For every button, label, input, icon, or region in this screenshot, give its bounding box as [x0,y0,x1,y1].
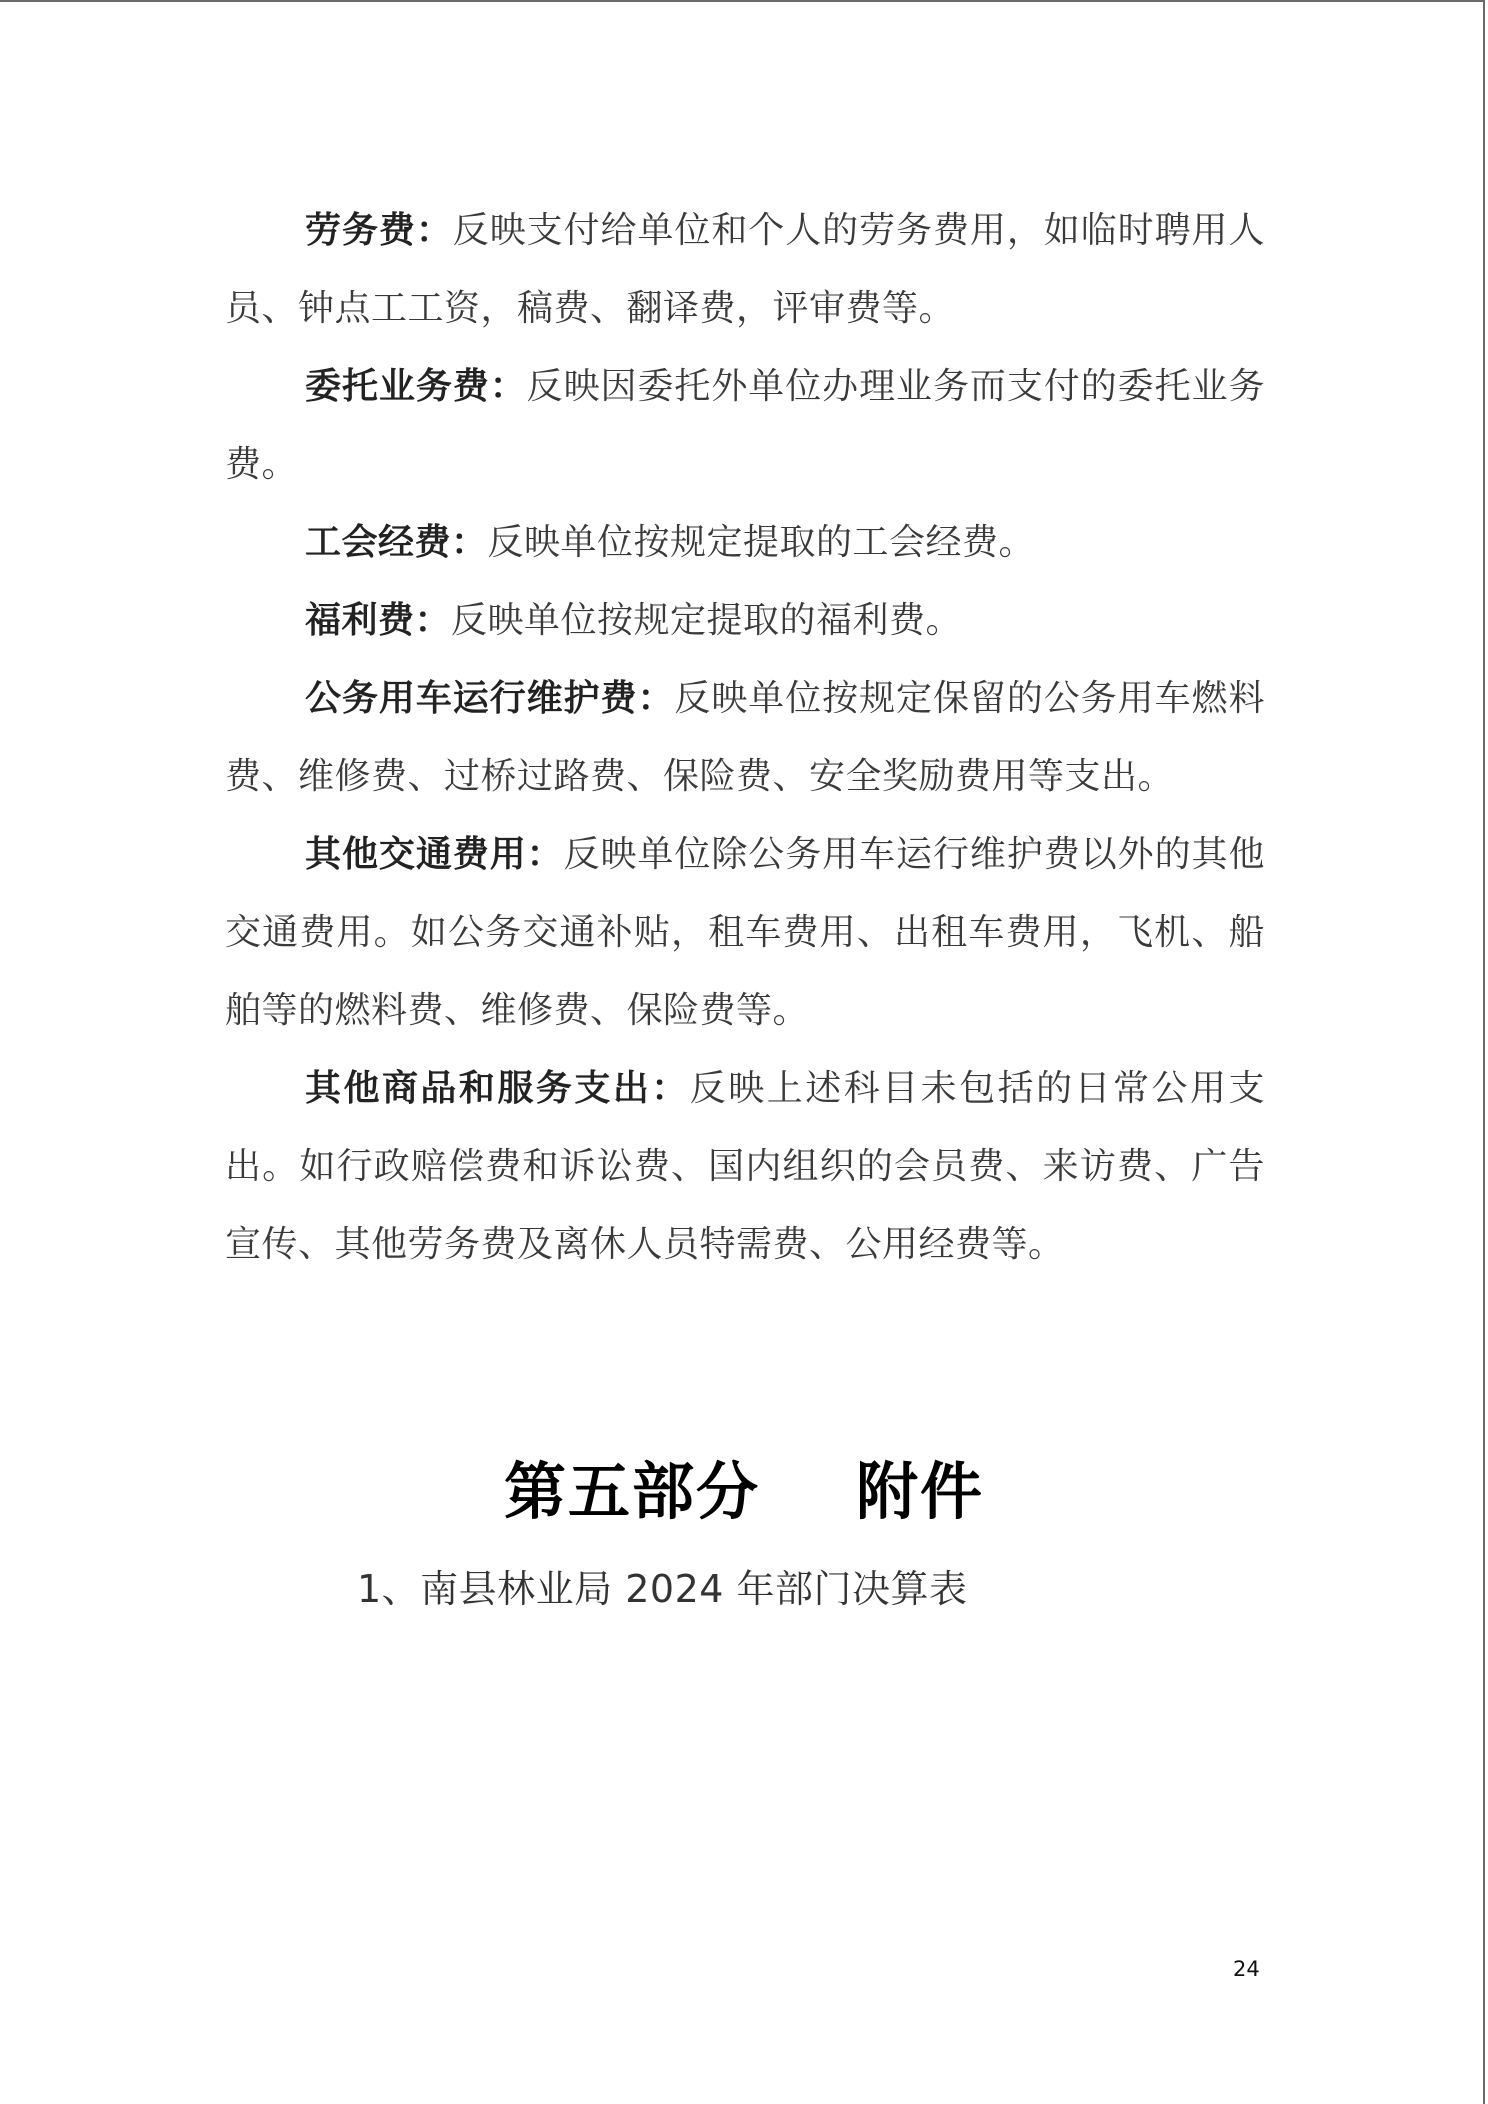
paragraph-other-transport: 其他交通费用：反映单位除公务用车运行维护费以外的其他交通费用。如公务交通补贴，租… [225,816,1265,1050]
section-title-part: 第五部分 [504,1455,760,1528]
paragraph-labor-fee: 劳务费：反映支付给单位和个人的劳务费用，如临时聘用人员、钟点工工资，稿费、翻译费… [225,192,1265,348]
section-title: 第五部分附件 [0,1442,1488,1531]
term: 劳务费： [305,210,453,251]
document-page: 劳务费：反映支付给单位和个人的劳务费用，如临时聘用人员、钟点工工资，稿费、翻译费… [0,0,1485,2104]
attachment-item: 1、南县林业局 2024 年部门决算表 [357,1558,968,1613]
paragraph-other-goods-services: 其他商品和服务支出：反映上述科目未包括的日常公用支出。如行政赔偿费和诉讼费、国内… [225,1050,1265,1284]
paragraph-union-fee: 工会经费：反映单位按规定提取的工会经费。 [225,504,1265,582]
term: 工会经费： [305,522,488,563]
term: 公务用车运行维护费： [305,678,674,719]
term: 福利费： [305,600,451,641]
body-text: 劳务费：反映支付给单位和个人的劳务费用，如临时聘用人员、钟点工工资，稿费、翻译费… [225,192,1265,1284]
paragraph-welfare-fee: 福利费：反映单位按规定提取的福利费。 [225,582,1265,660]
page-number: 24 [1233,1957,1260,1981]
term: 其他交通费用： [305,834,564,875]
section-title-name: 附件 [856,1455,984,1528]
paragraph-commission-fee: 委托业务费：反映因委托外单位办理业务而支付的委托业务费。 [225,348,1265,504]
term: 委托业务费： [305,366,527,407]
paragraph-vehicle-fee: 公务用车运行维护费：反映单位按规定保留的公务用车燃料费、维修费、过桥过路费、保险… [225,660,1265,816]
definition: 反映单位按规定提取的工会经费。 [488,522,1036,563]
term: 其他商品和服务支出： [305,1068,690,1109]
definition: 反映单位按规定提取的福利费。 [451,600,962,641]
